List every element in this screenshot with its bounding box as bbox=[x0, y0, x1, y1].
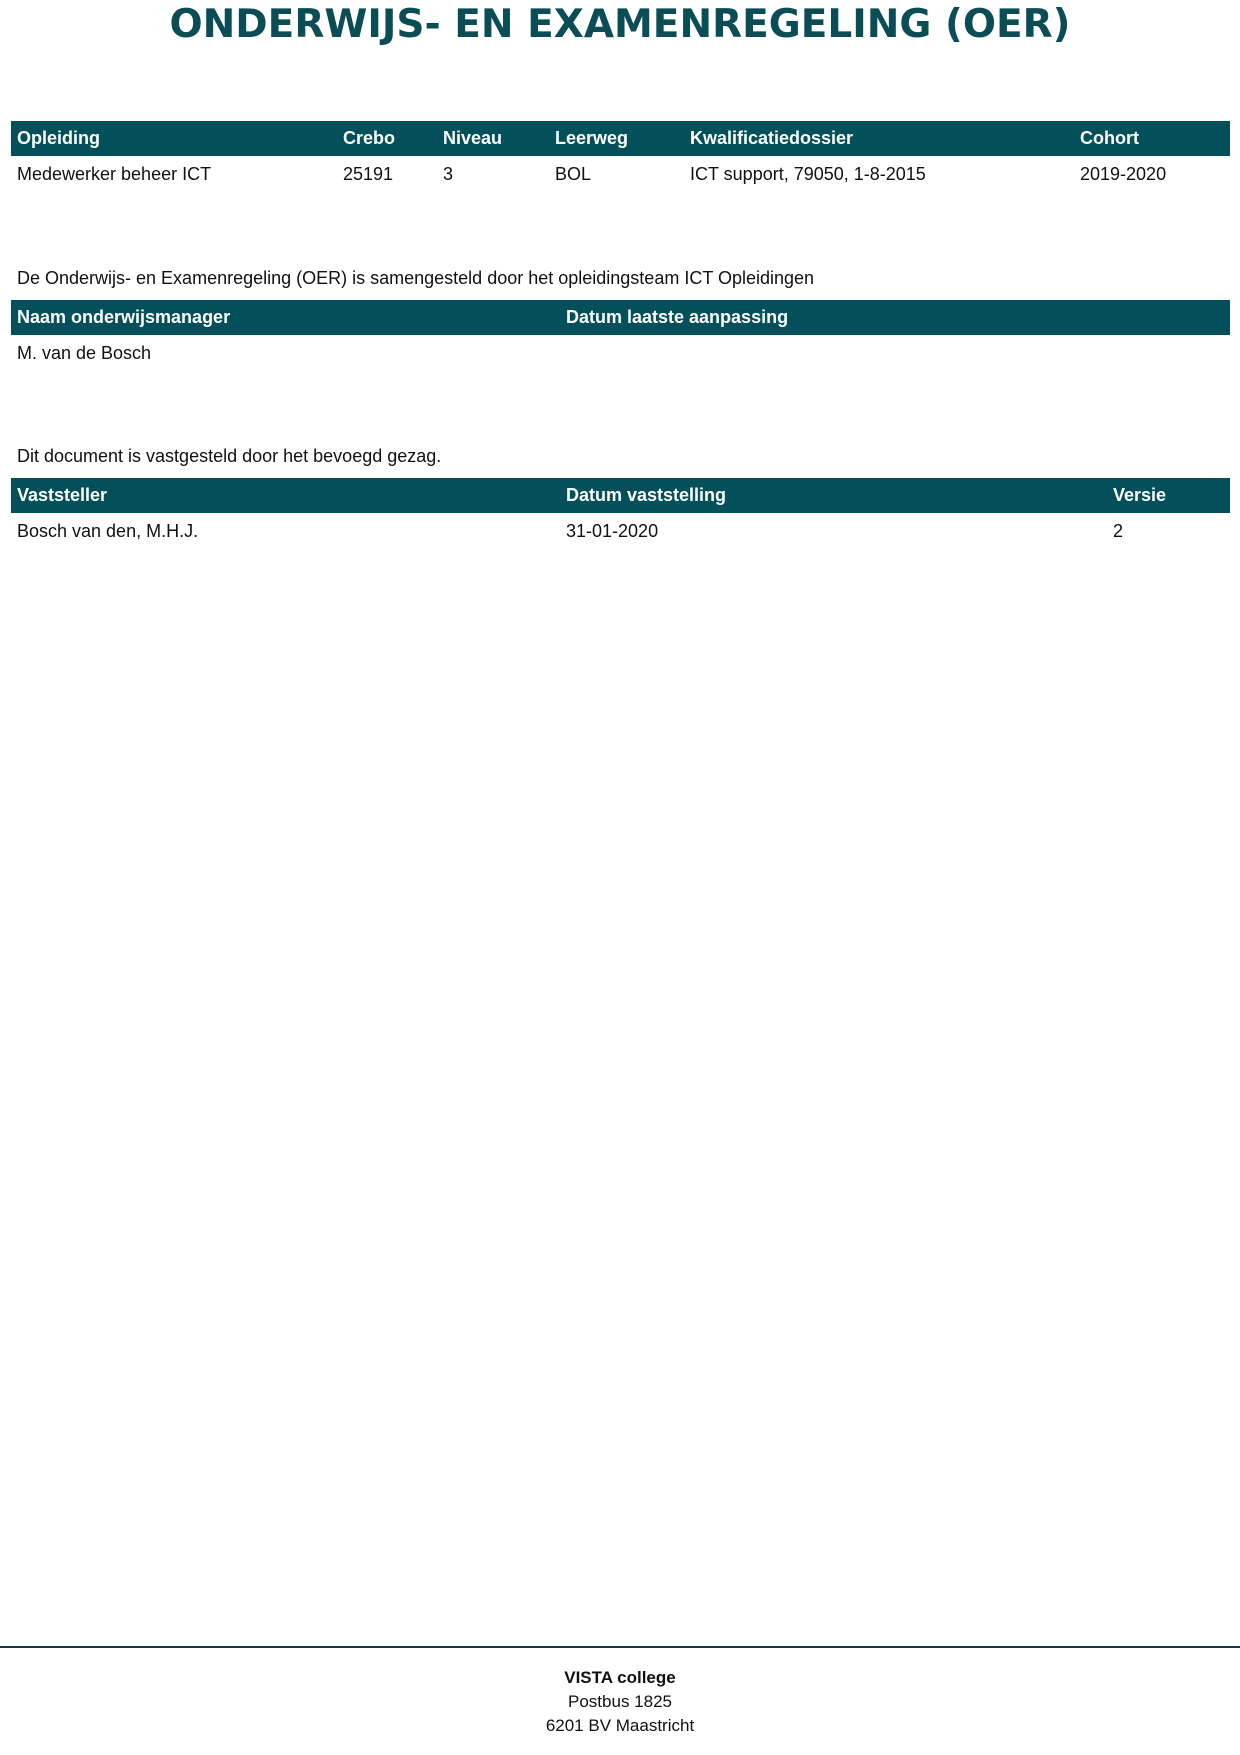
cell-cohort: 2019-2020 bbox=[1080, 157, 1166, 192]
footer-address-line2: 6201 BV Maastricht bbox=[0, 1714, 1240, 1738]
cell-crebo: 25191 bbox=[343, 157, 393, 192]
vaststelling-statement: Dit document is vastgesteld door het bev… bbox=[17, 445, 441, 467]
header-cohort: Cohort bbox=[1080, 121, 1139, 156]
cell-kwalificatiedossier: ICT support, 79050, 1-8-2015 bbox=[690, 157, 926, 192]
opleiding-table-header: Opleiding Crebo Niveau Leerweg Kwalifica… bbox=[11, 121, 1230, 156]
footer-divider bbox=[0, 1646, 1240, 1648]
cell-opleiding: Medewerker beheer ICT bbox=[17, 157, 211, 192]
header-datum-vaststelling: Datum vaststelling bbox=[566, 478, 726, 513]
header-leerweg: Leerweg bbox=[555, 121, 628, 156]
cell-naam-onderwijsmanager: M. van de Bosch bbox=[17, 336, 151, 371]
header-naam-onderwijsmanager: Naam onderwijsmanager bbox=[17, 300, 230, 335]
manager-table-header: Naam onderwijsmanager Datum laatste aanp… bbox=[11, 300, 1230, 335]
header-crebo: Crebo bbox=[343, 121, 395, 156]
cell-datum-vaststelling: 31-01-2020 bbox=[566, 514, 658, 549]
cell-niveau: 3 bbox=[443, 157, 453, 192]
table-row: Medewerker beheer ICT 25191 3 BOL ICT su… bbox=[11, 157, 1230, 192]
footer: VISTA college Postbus 1825 6201 BV Maast… bbox=[0, 1666, 1240, 1738]
header-datum-laatste-aanpassing: Datum laatste aanpassing bbox=[566, 300, 788, 335]
header-versie: Versie bbox=[1113, 478, 1166, 513]
table-row: M. van de Bosch bbox=[11, 336, 1230, 371]
page-title: ONDERWIJS- EN EXAMENREGELING (OER) bbox=[0, 0, 1240, 50]
table-row: Bosch van den, M.H.J. 31-01-2020 2 bbox=[11, 514, 1230, 549]
cell-vaststeller: Bosch van den, M.H.J. bbox=[17, 514, 198, 549]
cell-versie: 2 bbox=[1113, 514, 1123, 549]
cell-leerweg: BOL bbox=[555, 157, 591, 192]
footer-organization: VISTA college bbox=[0, 1666, 1240, 1690]
footer-address-line1: Postbus 1825 bbox=[0, 1690, 1240, 1714]
header-kwalificatiedossier: Kwalificatiedossier bbox=[690, 121, 853, 156]
header-opleiding: Opleiding bbox=[17, 121, 100, 156]
vaststelling-table-header: Vaststeller Datum vaststelling Versie bbox=[11, 478, 1230, 513]
team-statement: De Onderwijs- en Examenregeling (OER) is… bbox=[17, 267, 814, 289]
header-niveau: Niveau bbox=[443, 121, 502, 156]
header-vaststeller: Vaststeller bbox=[17, 478, 107, 513]
